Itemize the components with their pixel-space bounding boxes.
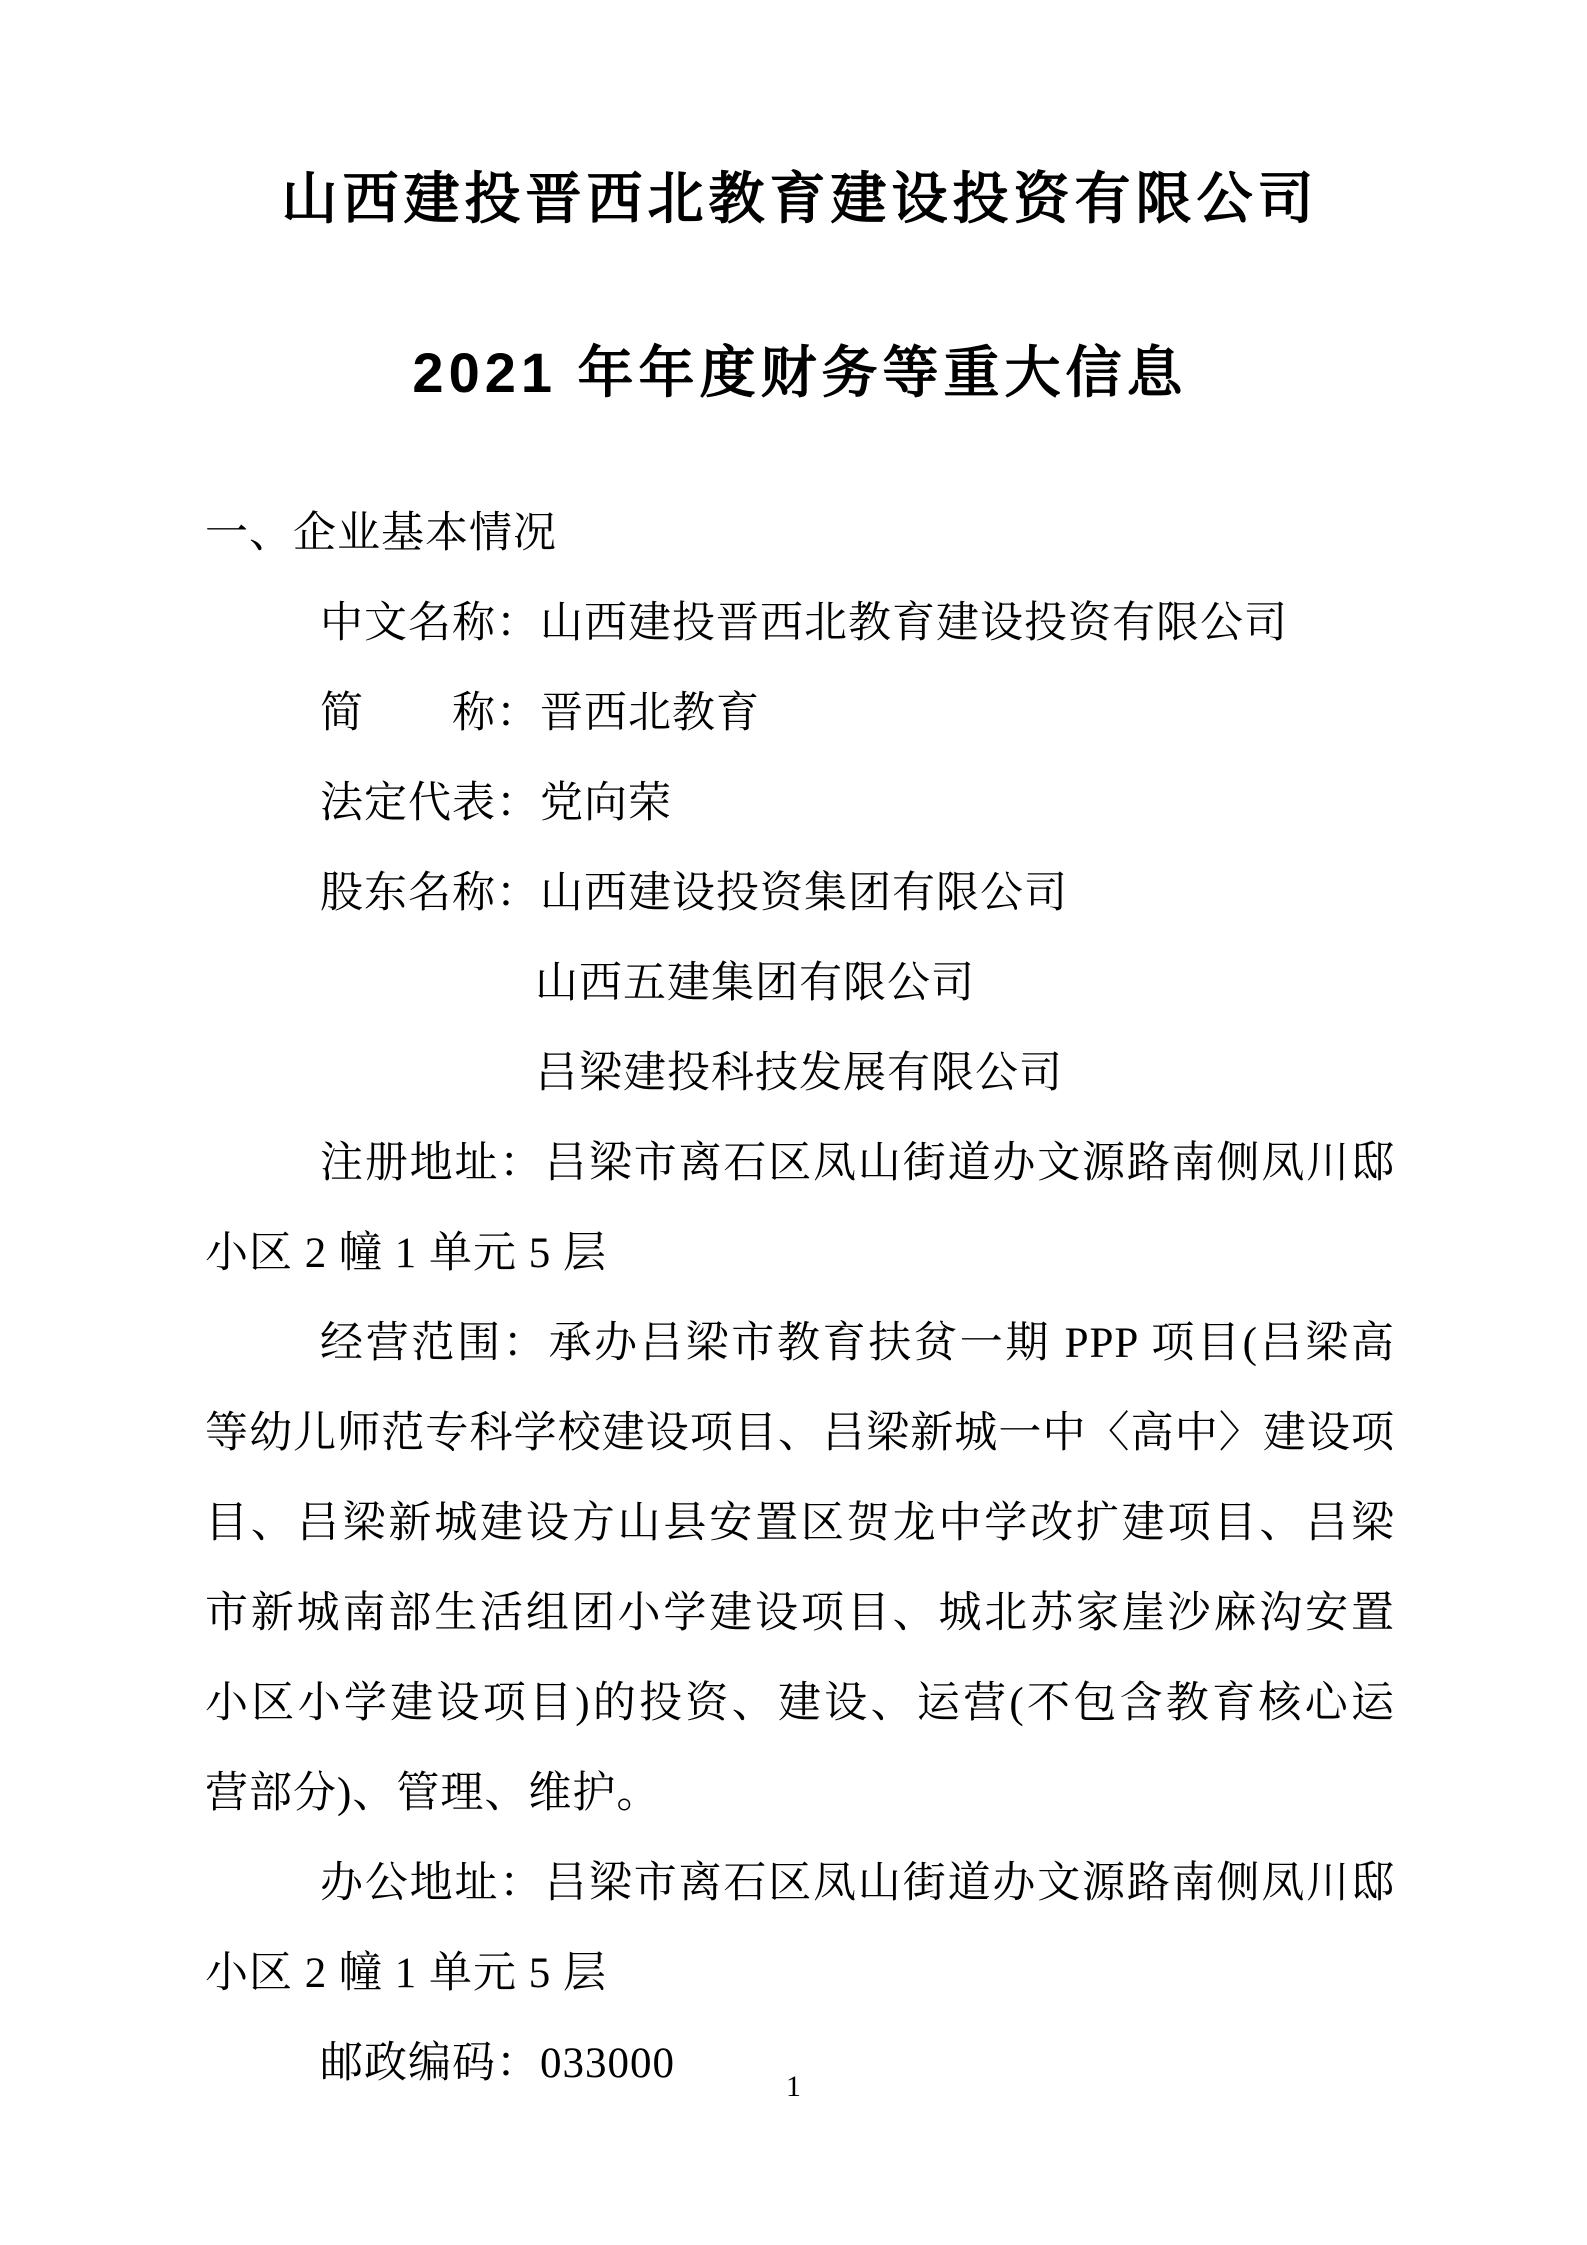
field-business-scope-line-1: 经营范围：承办吕梁市教育扶贫一期 PPP 项目(吕梁高 xyxy=(205,1299,1395,1389)
field-shareholder-2: 山西五建集团有限公司 xyxy=(205,939,1395,1029)
field-office-address-line-2: 小区 2 幢 1 单元 5 层 xyxy=(205,1929,1395,2019)
field-shareholder-3: 吕梁建投科技发展有限公司 xyxy=(205,1029,1395,1119)
section-heading: 一、企业基本情况 xyxy=(205,489,1395,579)
document-content: 山西建投晋西北教育建设投资有限公司 2021 年年度财务等重大信息 一、企业基本… xyxy=(0,0,1587,2109)
field-legal-representative: 法定代表：党向荣 xyxy=(205,759,1395,849)
field-business-scope-line-3: 目、吕梁新城建设方山县安置区贺龙中学改扩建项目、吕梁 xyxy=(205,1479,1395,1569)
field-registered-address-line-2: 小区 2 幢 1 单元 5 层 xyxy=(205,1209,1395,1299)
document-page: 山西建投晋西北教育建设投资有限公司 2021 年年度财务等重大信息 一、企业基本… xyxy=(0,0,1587,2245)
section-basic-info: 一、企业基本情况 中文名称：山西建投晋西北教育建设投资有限公司 简 称：晋西北教… xyxy=(205,489,1395,2109)
field-business-scope-line-4: 市新城南部生活组团小学建设项目、城北苏家崖沙麻沟安置 xyxy=(205,1569,1395,1659)
field-business-scope-line-6: 营部分)、管理、维护。 xyxy=(205,1749,1395,1839)
document-title-line-2: 2021 年年度财务等重大信息 xyxy=(205,342,1395,404)
page-number: 1 xyxy=(0,2072,1587,2102)
field-short-name: 简 称：晋西北教育 xyxy=(205,669,1395,759)
field-office-address-line-1: 办公地址：吕梁市离石区凤山街道办文源路南侧凤川邸 xyxy=(205,1839,1395,1929)
field-chinese-name: 中文名称：山西建投晋西北教育建设投资有限公司 xyxy=(205,579,1395,669)
field-business-scope-line-2: 等幼儿师范专科学校建设项目、吕梁新城一中〈高中〉建设项 xyxy=(205,1389,1395,1479)
field-business-scope-line-5: 小区小学建设项目)的投资、建设、运营(不包含教育核心运 xyxy=(205,1659,1395,1749)
field-registered-address-line-1: 注册地址：吕梁市离石区凤山街道办文源路南侧凤川邸 xyxy=(205,1119,1395,1209)
document-title-line-1: 山西建投晋西北教育建设投资有限公司 xyxy=(205,168,1395,230)
field-shareholder-1: 股东名称：山西建设投资集团有限公司 xyxy=(205,849,1395,939)
